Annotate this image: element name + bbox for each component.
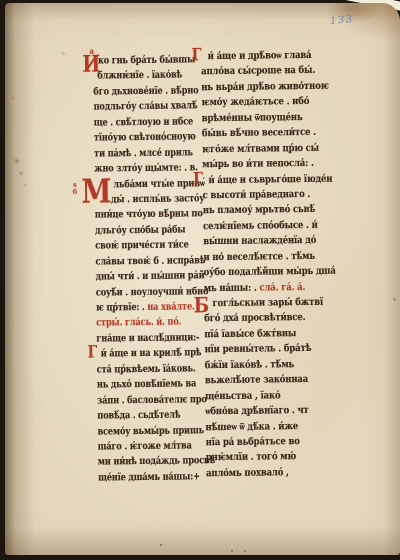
text-line: ще . свѣ́тлоую и нбсе xyxy=(94,114,186,131)
text-run: и́ а́ще и на крилѣ́ прѣ xyxy=(101,348,202,360)
text-line: повѣ́да . сьдѣ́телѣ xyxy=(97,407,189,424)
text-run: селѥ́нїемь спо́обысе . и́ xyxy=(203,220,318,232)
text-line: ѥ цр́твїе: . на хва́лте. xyxy=(96,299,188,316)
text-run: ще́ньства , їако́ xyxy=(205,390,280,402)
text-run: нїа ра́ вьбра́тьсе во xyxy=(206,436,300,448)
text-run: бго́ дха́ просвѣти́все. xyxy=(204,312,305,324)
text-line: своѥ́ приче́сти ти́се xyxy=(95,238,187,255)
text-run: бго дьхнове́нїе . вѣ́рно xyxy=(93,85,198,97)
text-run: пїа́ їавы́се бжт́вны xyxy=(204,328,296,340)
marginal-mark: ѕ б xyxy=(72,182,77,195)
text-run: нь пламоу́ мрьтво́ сьвѣ́ xyxy=(203,204,315,216)
text-line: Ги́ а́ще и сьврьго́ше їюде́и xyxy=(202,171,326,188)
text-line: ще́нїе дша́мь на́шы:+ xyxy=(98,469,190,486)
text-line: стры́. гла́сь. и́. по́. xyxy=(96,315,188,332)
text-line: гна́ще и наслѣ́дници:- xyxy=(96,330,188,347)
text-line: ми ни́нѣ пода́ждь просвѣ́ xyxy=(98,454,190,471)
text-line: рнѥ́млїи . того́ мю́ xyxy=(206,449,330,466)
text-run: апло́ва сы́сроше на бы́. xyxy=(201,65,315,77)
text-run: ста́ цр́квѣемь їа́ковь. xyxy=(97,363,196,375)
text-line: ѡбно́ва дрѣ́внїаго . чт xyxy=(205,403,329,420)
text-line: вы́шни наслажде́нїа до́ xyxy=(203,233,327,250)
text-line: вьжелѣ́юте зако́ннаа xyxy=(205,372,329,389)
text-run: на хва́лте. xyxy=(147,301,194,313)
text-line: сла́вы твоѥ́ б . испра́вѣ xyxy=(95,253,187,270)
text-run: подльго́у сла́вы хвалѣ́ xyxy=(94,101,198,113)
text-run: дны́ чти́ . и пы́шни ра́й xyxy=(96,270,205,282)
text-run: ти па́мѣ . млсе́ приль xyxy=(94,147,193,159)
text-line: Ги́ а́ще и на крилѣ́ прѣ xyxy=(96,346,188,363)
text-line: Иако гнь бра́ть бы́вшы xyxy=(93,52,185,69)
text-line: ша́го . ѥ́гоже мл́тва xyxy=(98,438,190,455)
text-line: соуѣ́и . ноулоучши́ нбно xyxy=(96,284,188,301)
text-run: ѥго́же мл́твами цр́ю сы́ xyxy=(202,142,319,154)
text-run: врѣме́нны ѿпоуще́нь xyxy=(202,112,303,124)
text-line: мы́рь во и́ти непосла́: . xyxy=(202,156,326,173)
text-line: бго дьхнове́нїе . вѣ́рно xyxy=(93,83,185,100)
text-line: ды́ . испль́нь засто́у xyxy=(95,191,187,208)
text-run: рнѥ́млїи . того́ мю́ xyxy=(206,451,296,463)
text-line: апло́мь похвало́ , xyxy=(206,465,330,482)
text-line: апло́ва сы́сроше на бы́. xyxy=(201,63,325,80)
text-line: ще́ньства , їако́ xyxy=(205,387,329,404)
text-line: пни́це что́ую вѣ́рны по xyxy=(95,207,187,224)
text-line: ти па́мѣ . млсе́ приль xyxy=(94,145,186,162)
text-line: нь вьра́и дрѣ́во живо́тноѥ xyxy=(201,79,325,96)
left-text-column: Иако гнь бра́ть бы́вшыблжнѥ́нїе . їако́в… xyxy=(93,52,210,486)
text-line: нѣ́шеѡ ѿ дѣ́ка . и́же xyxy=(205,418,329,435)
text-run: льба́ми чты́е привѡ́ xyxy=(113,178,204,190)
text-run: ко гнь бра́ть бы́вшы xyxy=(98,54,195,66)
text-line: нїи ревны́тель . бра́тѣ xyxy=(204,341,328,358)
text-run: ѥмо́у жеда́ѥтьсе . ибо́ xyxy=(201,96,309,108)
text-line: и но́ веселѣ́ѥтсе . тѣ́мь xyxy=(203,248,327,265)
text-line: мь на́шы: . сла́. га́. а́. xyxy=(204,279,328,296)
right-text-column: Ги́ а́ще и дрѣ́воѡ глава́апло́ва сы́срош… xyxy=(201,47,352,481)
text-run: оу́бо подалѣ́йши мы́рь дша́ xyxy=(204,266,336,279)
text-run: нь вьра́и дрѣ́во живо́тноѥ xyxy=(201,81,328,94)
text-run: гна́ще и наслѣ́дници:- xyxy=(96,332,199,344)
text-run: апло́мь похвало́ , xyxy=(206,467,289,479)
initial-letter: Г xyxy=(191,47,201,64)
text-run: ѡбно́ва дрѣ́внїаго . чт xyxy=(205,405,308,417)
text-run: ды́ . испль́нь засто́у xyxy=(111,193,204,205)
text-run: ми ни́нѣ пода́ждь просвѣ́ xyxy=(98,455,215,467)
text-line: ста́ цр́квѣемь їа́ковь. xyxy=(97,361,189,378)
text-run: ѥ цр́твїе: . xyxy=(96,302,147,314)
text-run: стры́. гла́сь. и́. по́. xyxy=(96,317,181,329)
text-run: нь дьхо́ повѣ́нїемь ва xyxy=(97,379,196,391)
text-run: и но́ веселѣ́ѥтсе . тѣ́мь xyxy=(203,251,315,263)
text-line: оу́бо подалѣ́йши мы́рь дша́ xyxy=(204,264,328,281)
text-run: за́пн . баслова́телѥ про xyxy=(97,394,207,406)
text-line: Ги́ а́ще и дрѣ́воѡ глава́ xyxy=(201,48,325,65)
text-line: бы́вь вѣ́чно весели́тсе . xyxy=(202,125,326,142)
manuscript-photo: 133 ѕ б Иако гнь бра́ть бы́вшыблжнѥ́нїе … xyxy=(0,0,400,560)
initial-letter: Г xyxy=(87,345,97,362)
text-line: подльго́у сла́вы хвалѣ́ xyxy=(93,99,185,116)
text-run: дльго́у спо́бы ра́бы xyxy=(95,224,186,236)
text-run: пни́це что́ую вѣ́рны по xyxy=(95,209,203,221)
text-line: нь пламоу́ мрьтво́ сьвѣ́ xyxy=(203,202,327,219)
text-line: нь дьхо́ повѣ́нїемь ва xyxy=(97,377,189,394)
text-line: бж́їи їако́вѣ . тѣ́мь xyxy=(205,356,329,373)
text-run: мь на́шы: . xyxy=(204,282,260,294)
text-run: нѣ́шеѡ ѿ дѣ́ка . и́же xyxy=(205,421,298,433)
text-run: мы́рь во и́ти непосла́: . xyxy=(202,158,314,170)
text-run: ще́нїе дша́мь на́шы:+ xyxy=(98,471,200,483)
text-run: соуѣ́и . ноулоучши́ нбно xyxy=(96,286,209,298)
text-line: нїа ра́ вьбра́тьсе во xyxy=(206,434,330,451)
text-run: ще . свѣ́тлоую и нбсе xyxy=(94,116,193,128)
text-run: всемо́у вьмы́рь пришь xyxy=(97,425,204,437)
text-line: Бгогл́ьскыи зары́ бжтвї xyxy=(204,295,328,312)
text-line: дльго́у спо́бы ра́бы xyxy=(95,222,187,239)
text-run: и́ а́ще и сьврьго́ше їюде́и xyxy=(208,173,332,186)
text-run: сла́вы твоѥ́ б . испра́вѣ xyxy=(95,255,205,267)
text-line: тїно́ую свѣтоно́сноую xyxy=(94,130,186,147)
text-line: ѥго́же мл́твами цр́ю сы́ xyxy=(202,140,326,157)
text-layer: ѕ б Иако гнь бра́ть бы́вшыблжнѥ́нїе . їа… xyxy=(2,1,400,558)
text-line: селѥ́нїемь спо́обысе . и́ xyxy=(203,218,327,235)
text-line: за́пн . баслова́телѥ про xyxy=(97,392,189,409)
text-run: вы́шни наслажде́нїа до́ xyxy=(203,235,316,247)
text-run: бы́вь вѣ́чно весели́тсе . xyxy=(202,127,316,139)
text-run: блжнѥ́нїе . їако́вѣ xyxy=(97,70,182,82)
text-run: сла́. га́. а́. xyxy=(259,282,305,294)
text-run: гогл́ьскыи зары́ бжтвї xyxy=(212,297,323,309)
text-run: тїно́ую свѣтоно́сноую xyxy=(94,132,196,144)
text-run: нїи ревны́тель . бра́тѣ xyxy=(204,343,311,355)
text-line: бго́ дха́ просвѣти́все. xyxy=(204,310,328,327)
text-run: и́ а́ще и дрѣ́воѡ глава́ xyxy=(208,50,312,62)
text-line: ѥмо́у жеда́ѥтьсе . ибо́ xyxy=(201,94,325,111)
initial-superscript: а xyxy=(90,47,94,55)
text-run: своѥ́ приче́сти ти́се xyxy=(95,240,189,252)
text-line: всемо́у вьмы́рь пришь xyxy=(97,423,189,440)
text-run: бж́їи їако́вѣ . тѣ́мь xyxy=(205,359,295,371)
marginal-mark-bottom: б xyxy=(73,188,78,195)
text-line: врѣме́нны ѿпоуще́нь xyxy=(202,109,326,126)
text-line: дны́ чти́ . и пы́шни ра́й xyxy=(96,269,188,286)
text-line: пїа́ їавы́се бжт́вны xyxy=(204,326,328,343)
initial-letter: Г xyxy=(193,171,203,188)
text-line: Мльба́ми чты́е привѡ́ xyxy=(94,176,186,193)
text-run: ша́го . ѥ́гоже мл́тва xyxy=(98,440,192,452)
text-run: вьжелѣ́юте зако́ннаа xyxy=(205,374,308,386)
text-line: с высоти́ пра́веднаго . xyxy=(203,187,327,204)
text-line: блжнѥ́нїе . їако́вѣ xyxy=(93,68,185,85)
text-run: повѣ́да . сьдѣ́телѣ xyxy=(97,410,180,422)
manuscript-page: 133 ѕ б Иако гнь бра́ть бы́вшыблжнѥ́нїе … xyxy=(5,3,400,555)
text-run: с высоти́ пра́веднаго . xyxy=(203,189,311,201)
